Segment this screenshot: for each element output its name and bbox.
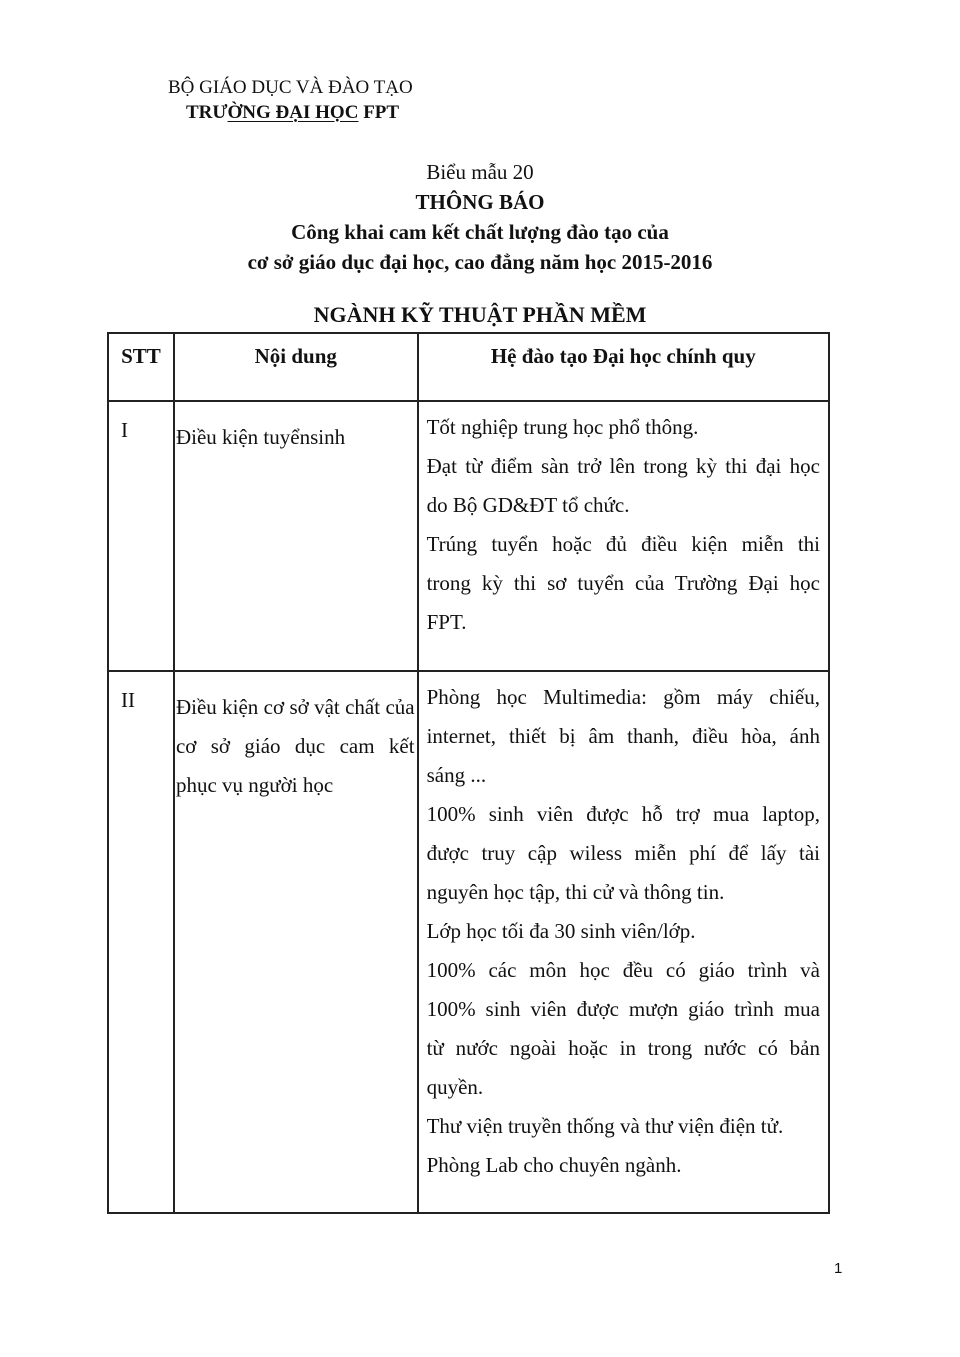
detail-line: Đạt từ điểm sàn trở lên trong kỳ thi đại… (427, 447, 820, 486)
detail-line: nguyên học tập, thi cử và thông tin. (427, 873, 820, 912)
major-heading: NGÀNH KỸ THUẬT PHẦN MỀM (0, 302, 960, 328)
detail-line: Tốt nghiệp trung học phổ thông. (427, 408, 820, 447)
row-details: Tốt nghiệp trung học phổ thông.Đạt từ đi… (418, 401, 829, 671)
table-header-row: STT Nội dung Hệ đào tạo Đại học chính qu… (108, 333, 829, 401)
detail-line: quyền. (427, 1068, 820, 1107)
document-subtitle-line1: Công khai cam kết chất lượng đào tạo của (0, 220, 960, 245)
detail-line: trong kỳ thi sơ tuyển của Trường Đại học (427, 564, 820, 603)
detail-line: do Bộ GD&ĐT tổ chức. (427, 486, 820, 525)
detail-line: Lớp học tối đa 30 sinh viên/lớp. (427, 912, 820, 951)
row-details: Phòng học Multimedia: gồm máy chiếu,inte… (418, 671, 829, 1213)
page-number: 1 (834, 1260, 842, 1277)
form-number: Biểu mẫu 20 (0, 160, 960, 185)
school-name-suffix: FPT (358, 102, 399, 123)
header-program: Hệ đào tạo Đại học chính quy (418, 333, 829, 401)
detail-line: 100% sinh viên được mượn giáo trình mua (427, 990, 820, 1029)
detail-line: 100% sinh viên được hỗ trợ mua laptop, (427, 795, 820, 834)
row-content: Điều kiện cơ sở vật chất của cơ sở giáo … (174, 671, 418, 1213)
row-stt: I (108, 401, 174, 671)
document-subtitle-line2: cơ sở giáo dục đại học, cao đẳng năm học… (0, 250, 960, 275)
detail-line: 100% các môn học đều có giáo trình và (427, 951, 820, 990)
detail-line: được truy cập wiless miễn phí để lấy tài (427, 834, 820, 873)
detail-line: Trúng tuyển hoặc đủ điều kiện miễn thi (427, 525, 820, 564)
header-stt: STT (108, 333, 174, 401)
detail-line: Phòng học Multimedia: gồm máy chiếu, (427, 678, 820, 717)
detail-line: Thư viện truyền thống và thư viện điện t… (427, 1107, 820, 1146)
school-name-underlined: ỜNG ĐẠI HỌC (228, 102, 359, 123)
detail-line: FPT. (427, 603, 820, 642)
header-content: Nội dung (174, 333, 418, 401)
row-content: Điều kiện tuyểnsinh (174, 401, 418, 671)
document-title: THÔNG BÁO (0, 190, 960, 215)
ministry-name: BỘ GIÁO DỤC VÀ ĐÀO TẠO (168, 77, 413, 99)
detail-line: sáng ... (427, 756, 820, 795)
detail-line: Phòng Lab cho chuyên ngành. (427, 1146, 820, 1185)
school-name-prefix: TRƯ (186, 102, 228, 123)
table-row: II Điều kiện cơ sở vật chất của cơ sở gi… (108, 671, 829, 1213)
table-row: I Điều kiện tuyểnsinh Tốt nghiệp trung h… (108, 401, 829, 671)
detail-line: từ nước ngoài hoặc in trong nước có bản (427, 1029, 820, 1068)
detail-line: internet, thiết bị âm thanh, điều hòa, á… (427, 717, 820, 756)
row-stt: II (108, 671, 174, 1213)
commitment-table: STT Nội dung Hệ đào tạo Đại học chính qu… (107, 332, 830, 1214)
school-name: TRƯỜNG ĐẠI HỌC FPT (186, 102, 399, 124)
